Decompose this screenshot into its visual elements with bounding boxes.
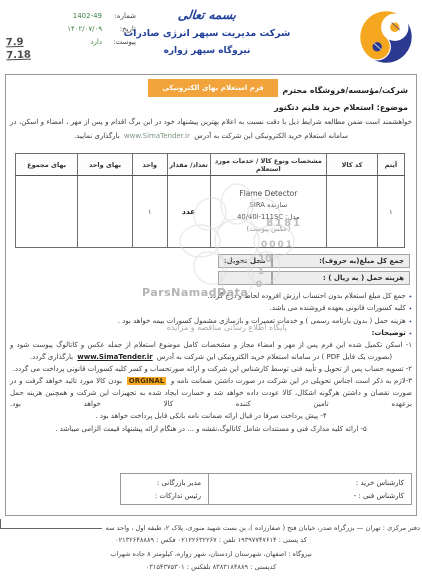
meta-number-row: شماره: 1402-49 xyxy=(14,12,136,20)
items-table-header-row: آیتم کد کالا مشخصات ونوع کالا / خدمات مو… xyxy=(16,154,405,176)
bullet-deductions: ٭کلیه کسورات قانونی بعهده فروشنده می باش… xyxy=(10,303,412,314)
electronic-inquiry-badge: فرم استعلام بهای الکترونیکی xyxy=(148,79,278,97)
cell-item-no: ۱ xyxy=(377,176,404,248)
meta-date-row: تاریخ: ۱۴۰۲/۰۷/۰۹ xyxy=(14,25,136,33)
spec-product-name: Flame Detector xyxy=(212,187,326,200)
col-spec: مشخصات ونوع کالا / خدمات مورد استعلام xyxy=(210,154,327,176)
grand-total-row: جمع کل مبلغ(به حروف): محل تحویل: xyxy=(218,254,410,268)
simatender-url-note[interactable]: www.SimaTender.ir xyxy=(77,353,152,361)
cell-item-code xyxy=(327,176,378,248)
cell-spec: Flame Detector سازنده SIRA مدل: 40/40l-1… xyxy=(210,176,327,248)
cell-total-price xyxy=(16,176,78,248)
cell-quantity: عدد xyxy=(167,176,210,248)
shipping-cost-row: هزینه حمل ( به ریال ) : xyxy=(218,271,410,285)
grand-total-label: جمع کل مبلغ(به حروف): xyxy=(272,254,410,268)
bullet-shipping-insurance: ٭هزینه حمل ( بدون بارنامه رسمی ) و خدمات… xyxy=(10,316,412,327)
office-postal-phone: کد پستی : ۱۹۳۹۷۷۴۷۶۱۴ تلفن : ۰۲۱۲۲۶۳۲۲۶۷… xyxy=(0,536,422,546)
number-label: شماره: xyxy=(102,12,136,20)
footer-contact-block: دفتر مرکزی : تهران — بزرگراه صدر، خیابان… xyxy=(0,519,422,573)
signature-box: کارشناس خرید : کارشناس فنی : - مدیر بازر… xyxy=(120,473,412,505)
intro-text-after: بارگذاری نمایید. xyxy=(74,132,120,140)
note-1-text-after: بارگذاری گردد. xyxy=(30,353,73,361)
handwritten-annotation: 7.9 7.18 xyxy=(6,36,32,63)
delivery-place-label: محل تحویل: xyxy=(218,254,272,268)
head-office-address: دفتر مرکزی : تهران — بزرگراه صدر، خیابان… xyxy=(102,524,422,532)
totals-strips: جمع کل مبلغ(به حروف): محل تحویل: هزینه ح… xyxy=(218,251,410,288)
orginal-highlight: ORGINAL xyxy=(127,377,166,385)
col-item: آیتم xyxy=(377,154,404,176)
note-4: ۴- پیش پرداخت صرفا در قبال ارائه ضمانت ن… xyxy=(10,411,412,422)
bullet-marker-icon: ٭ xyxy=(409,305,412,312)
note-1: ۱- اسکن تکمیل شده این فرم پس از مهر و ام… xyxy=(10,340,412,363)
purchase-expert-label: کارشناس خرید : xyxy=(216,477,404,490)
cell-unit: ۱ xyxy=(132,176,167,248)
col-code: کد کالا xyxy=(327,154,378,176)
technical-expert-label: کارشناس فنی : - xyxy=(216,490,404,503)
col-unit: واحد xyxy=(132,154,167,176)
signature-left-column: مدیر بازرگانی : رئیس تدارکات : xyxy=(121,474,208,504)
commercial-manager-label: مدیر بازرگانی : xyxy=(128,477,201,490)
handwritten-top: 7.9 xyxy=(6,36,31,50)
note-5: ۵- ارائه کلیه مدارک فنی و مستندات شامل ک… xyxy=(10,424,412,435)
spec-manufacturer: سازنده SIRA xyxy=(212,200,326,212)
shipping-cost-label: هزینه حمل ( به ریال ) : xyxy=(272,271,410,285)
col-qty: تعداد/ مقدار xyxy=(167,154,210,176)
number-value: 1402-49 xyxy=(14,12,102,20)
cell-unit-price xyxy=(78,176,132,248)
date-label: تاریخ: xyxy=(102,25,136,33)
form-body: فرم استعلام بهای الکترونیکی شرکت/مؤسسه/ف… xyxy=(5,74,417,516)
date-value: ۱۴۰۲/۰۷/۰۹ xyxy=(14,25,102,33)
conditions-block: ٭جمع کل مبلغ استعلام بدون احتساب ارزش اف… xyxy=(10,291,412,436)
note-2: ۲- تسویه حساب پس از تحویل و تأیید فنی تو… xyxy=(10,364,412,375)
salutation-text: شرکت/مؤسسه/فروشگاه محترم xyxy=(282,86,408,95)
col-total-price: بهای مجموع xyxy=(16,154,78,176)
simatender-url-intro[interactable]: www.SimaTender.ir xyxy=(124,132,190,140)
plant-address: نیروگاه : اصفهان، شهرستان اردستان، شهر ز… xyxy=(0,550,422,560)
bullet-marker-icon: ٭ xyxy=(409,330,412,337)
intro-text-before: خواهشمند است ضمن مطالعه شرایط ذیل با دقت… xyxy=(10,118,412,140)
signature-right-column: کارشناس خرید : کارشناس فنی : - xyxy=(208,474,411,504)
inquiry-form-page: بسمه تعالی شرکت مدیریت سپهر انرژی صادرات… xyxy=(0,0,422,576)
notes-title: ٭توضیحات: xyxy=(10,328,412,339)
attachment-label: پیوست: xyxy=(102,38,136,46)
note-3: ۳-لازم به ذکر است اجناس تحویلی در این شر… xyxy=(10,376,412,410)
intro-paragraph: خواهشمند است ضمن مطالعه شرایط ذیل با دقت… xyxy=(10,116,412,143)
bullet-vat: ٭جمع کل مبلغ استعلام بدون احتساب ارزش اف… xyxy=(10,291,412,302)
procurement-head-label: رئیس تدارکات : xyxy=(128,490,201,503)
meta-attachment-row: پیوست: دارد xyxy=(14,38,136,46)
bullet-marker-icon: ٭ xyxy=(409,293,412,300)
spec-photo-note: (عکس پیوست) xyxy=(212,224,326,236)
footer-office-line: دفتر مرکزی : تهران — بزرگراه صدر، خیابان… xyxy=(0,519,422,532)
letter-meta: شماره: 1402-49 تاریخ: ۱۴۰۲/۰۷/۰۹ پیوست: … xyxy=(14,12,136,51)
shipping-cost-empty-cell xyxy=(218,271,272,285)
note-3-text-before: ۳-لازم به ذکر است اجناس تحویلی در این شر… xyxy=(171,377,412,385)
bismillah-text: بسمه تعالی xyxy=(177,8,237,22)
plant-postal-phone: کدپستی : ۸۳۸۳۱۸۴۸۸۹ تلفکس : ۰۳۱۵۴۳۷۵۳۰۱ xyxy=(0,563,422,573)
items-table: آیتم کد کالا مشخصات ونوع کالا / خدمات مو… xyxy=(15,153,405,248)
spec-model: مدل: 40/40l-111SC xyxy=(212,212,326,224)
footer-leader-line xyxy=(0,519,102,529)
table-row: ۱ Flame Detector سازنده SIRA مدل: 40/40l… xyxy=(16,176,405,248)
handwritten-bottom: 7.18 xyxy=(6,49,31,63)
subject-line: موضوع: استعلام خرید فلیم دتکتور xyxy=(274,103,408,112)
sepehr-zavareh-logo-icon xyxy=(356,7,416,67)
bullet-marker-icon: ٭ xyxy=(409,318,412,325)
col-unit-price: بهای واحد xyxy=(78,154,132,176)
